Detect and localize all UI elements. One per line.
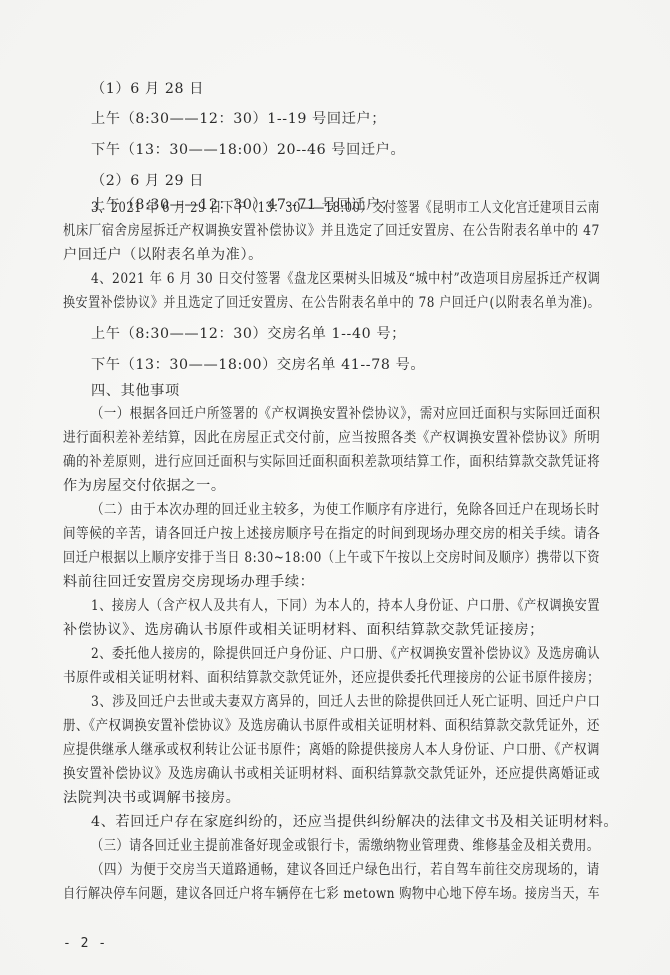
text-line: （三）请各回迁业主提前准备好现金或银行卡，需缴纳物业管理费、维修基金及相关费用。 — [91, 837, 600, 855]
text-line: 册、《产权调换安置补偿协议》及选房确认书原件或相关证明材料、面积结算款交款凭证外… — [63, 717, 600, 735]
text-line: 3、涉及回迁户去世或夫妻双方离异的，回迁人去世的除提供回迁人死亡证明、回迁户户口 — [91, 693, 600, 711]
text-line: 料前往回迁安置房交房现场办理手续： — [63, 573, 314, 591]
text-line: 1、接房人（含产权人及共有人，下同）为本人的，持本人身份证、户口册、《产权调换安… — [91, 597, 600, 615]
text-line: 补偿协议》、选房确认书原件或相关证明材料、面积结算款交款凭证接房； — [63, 621, 544, 639]
text-line: （二）由于本次办理的回迁业主较多，为使工作顺序有序进行，免除各回迁户在现场长时 — [91, 501, 600, 519]
text-line: 2、委托他人接房的，除提供回迁户身份证、户口册、《产权调换安置补偿协议》及选房确… — [91, 645, 600, 663]
text-line: （2）6 月 29 日 — [91, 172, 204, 190]
text-line: 机床厂宿舍房屋拆迁产权调换安置补偿协议》并且选定了回迁安置房、在公告附表名单中的… — [63, 222, 600, 240]
text-line: 确的补差原则，进行应回迁面积与实际回迁面积面积差款项结算工作，面积结算款交款凭证… — [63, 453, 600, 471]
text-line: 书原件或相关证明材料、面积结算款交款凭证外，还应提供委托代理接房的公证书原件接房… — [63, 669, 600, 687]
text-line: （一）根据各回迁户所签署的《产权调换安置补偿协议》，需对应回迁面积与实际回迁面积 — [91, 405, 600, 423]
text-line: 上午（8:30——12：30）交房名单 1--40 号； — [91, 325, 406, 343]
text-line: 换安置补偿协议》及选房确认书或相关证明材料、面积结算款交款凭证外，还应提供离婚证… — [63, 765, 600, 783]
text-line: 下午（13：30——18:00）20--46 号回迁户。 — [91, 141, 405, 159]
text-line: 进行面积差补差结算，因此在房屋正式交付前，应当按照各类《产权调换安置补偿协议》所… — [63, 429, 600, 447]
text-line: 3、2021 年 6 月 29 日下午（13：30——18:00）交付签署《昆明… — [91, 199, 600, 217]
text-line: 上午（8:30——12：30）1--19 号回迁户； — [91, 110, 386, 128]
text-line: 4、若回迁户存在家庭纠纷的，还应当提供纠纷解决的法律文书及相关证明材料。 — [91, 813, 618, 831]
page-number: - 2 - — [63, 936, 107, 951]
text-line: 下午（13：30——18:00）交房名单 41--78 号。 — [91, 356, 425, 374]
text-line: 间等候的辛苦，请各回迁户按上述接房顺序号在指定的时间到现场办理交房的相关手续。请… — [63, 525, 600, 543]
text-line: 自行解决停车问题，建议各回迁户将车辆停在七彩 metown 购物中心地下停车场。… — [63, 885, 600, 903]
text-line: 四、其他事项 — [91, 382, 180, 400]
text-line: 应提供继承人继承或权利转让公证书原件；离婚的除提供接房人本人身份证、户口册、《产… — [63, 741, 600, 759]
text-line: （1）6 月 28 日 — [91, 80, 204, 98]
text-line: 换安置补偿协议》并且选定了回迁安置房、在公告附表名单中的 78 户回迁户(以附表… — [63, 294, 600, 312]
text-line: 作为房屋交付依据之一。 — [63, 477, 226, 495]
text-line: 4、2021 年 6 月 30 日交付签署《盘龙区栗树头旧城及“城中村”改造项目… — [91, 270, 600, 288]
text-line: 法院判决书或调解书接房。 — [63, 789, 240, 807]
text-line: （四）为便于交房当天道路通畅，建议各回迁户绿色出行，若自驾车前往交房现场的，请 — [91, 861, 600, 879]
document-page: （1）6 月 28 日上午（8:30——12：30）1--19 号回迁户；下午（… — [0, 0, 670, 975]
text-line: 户回迁户（以附表名单为准）。 — [63, 246, 263, 264]
text-line: 回迁户根据以上顺序安排于当日 8:30~18:00（上午或下午按以上交房时间及顺… — [63, 549, 600, 567]
